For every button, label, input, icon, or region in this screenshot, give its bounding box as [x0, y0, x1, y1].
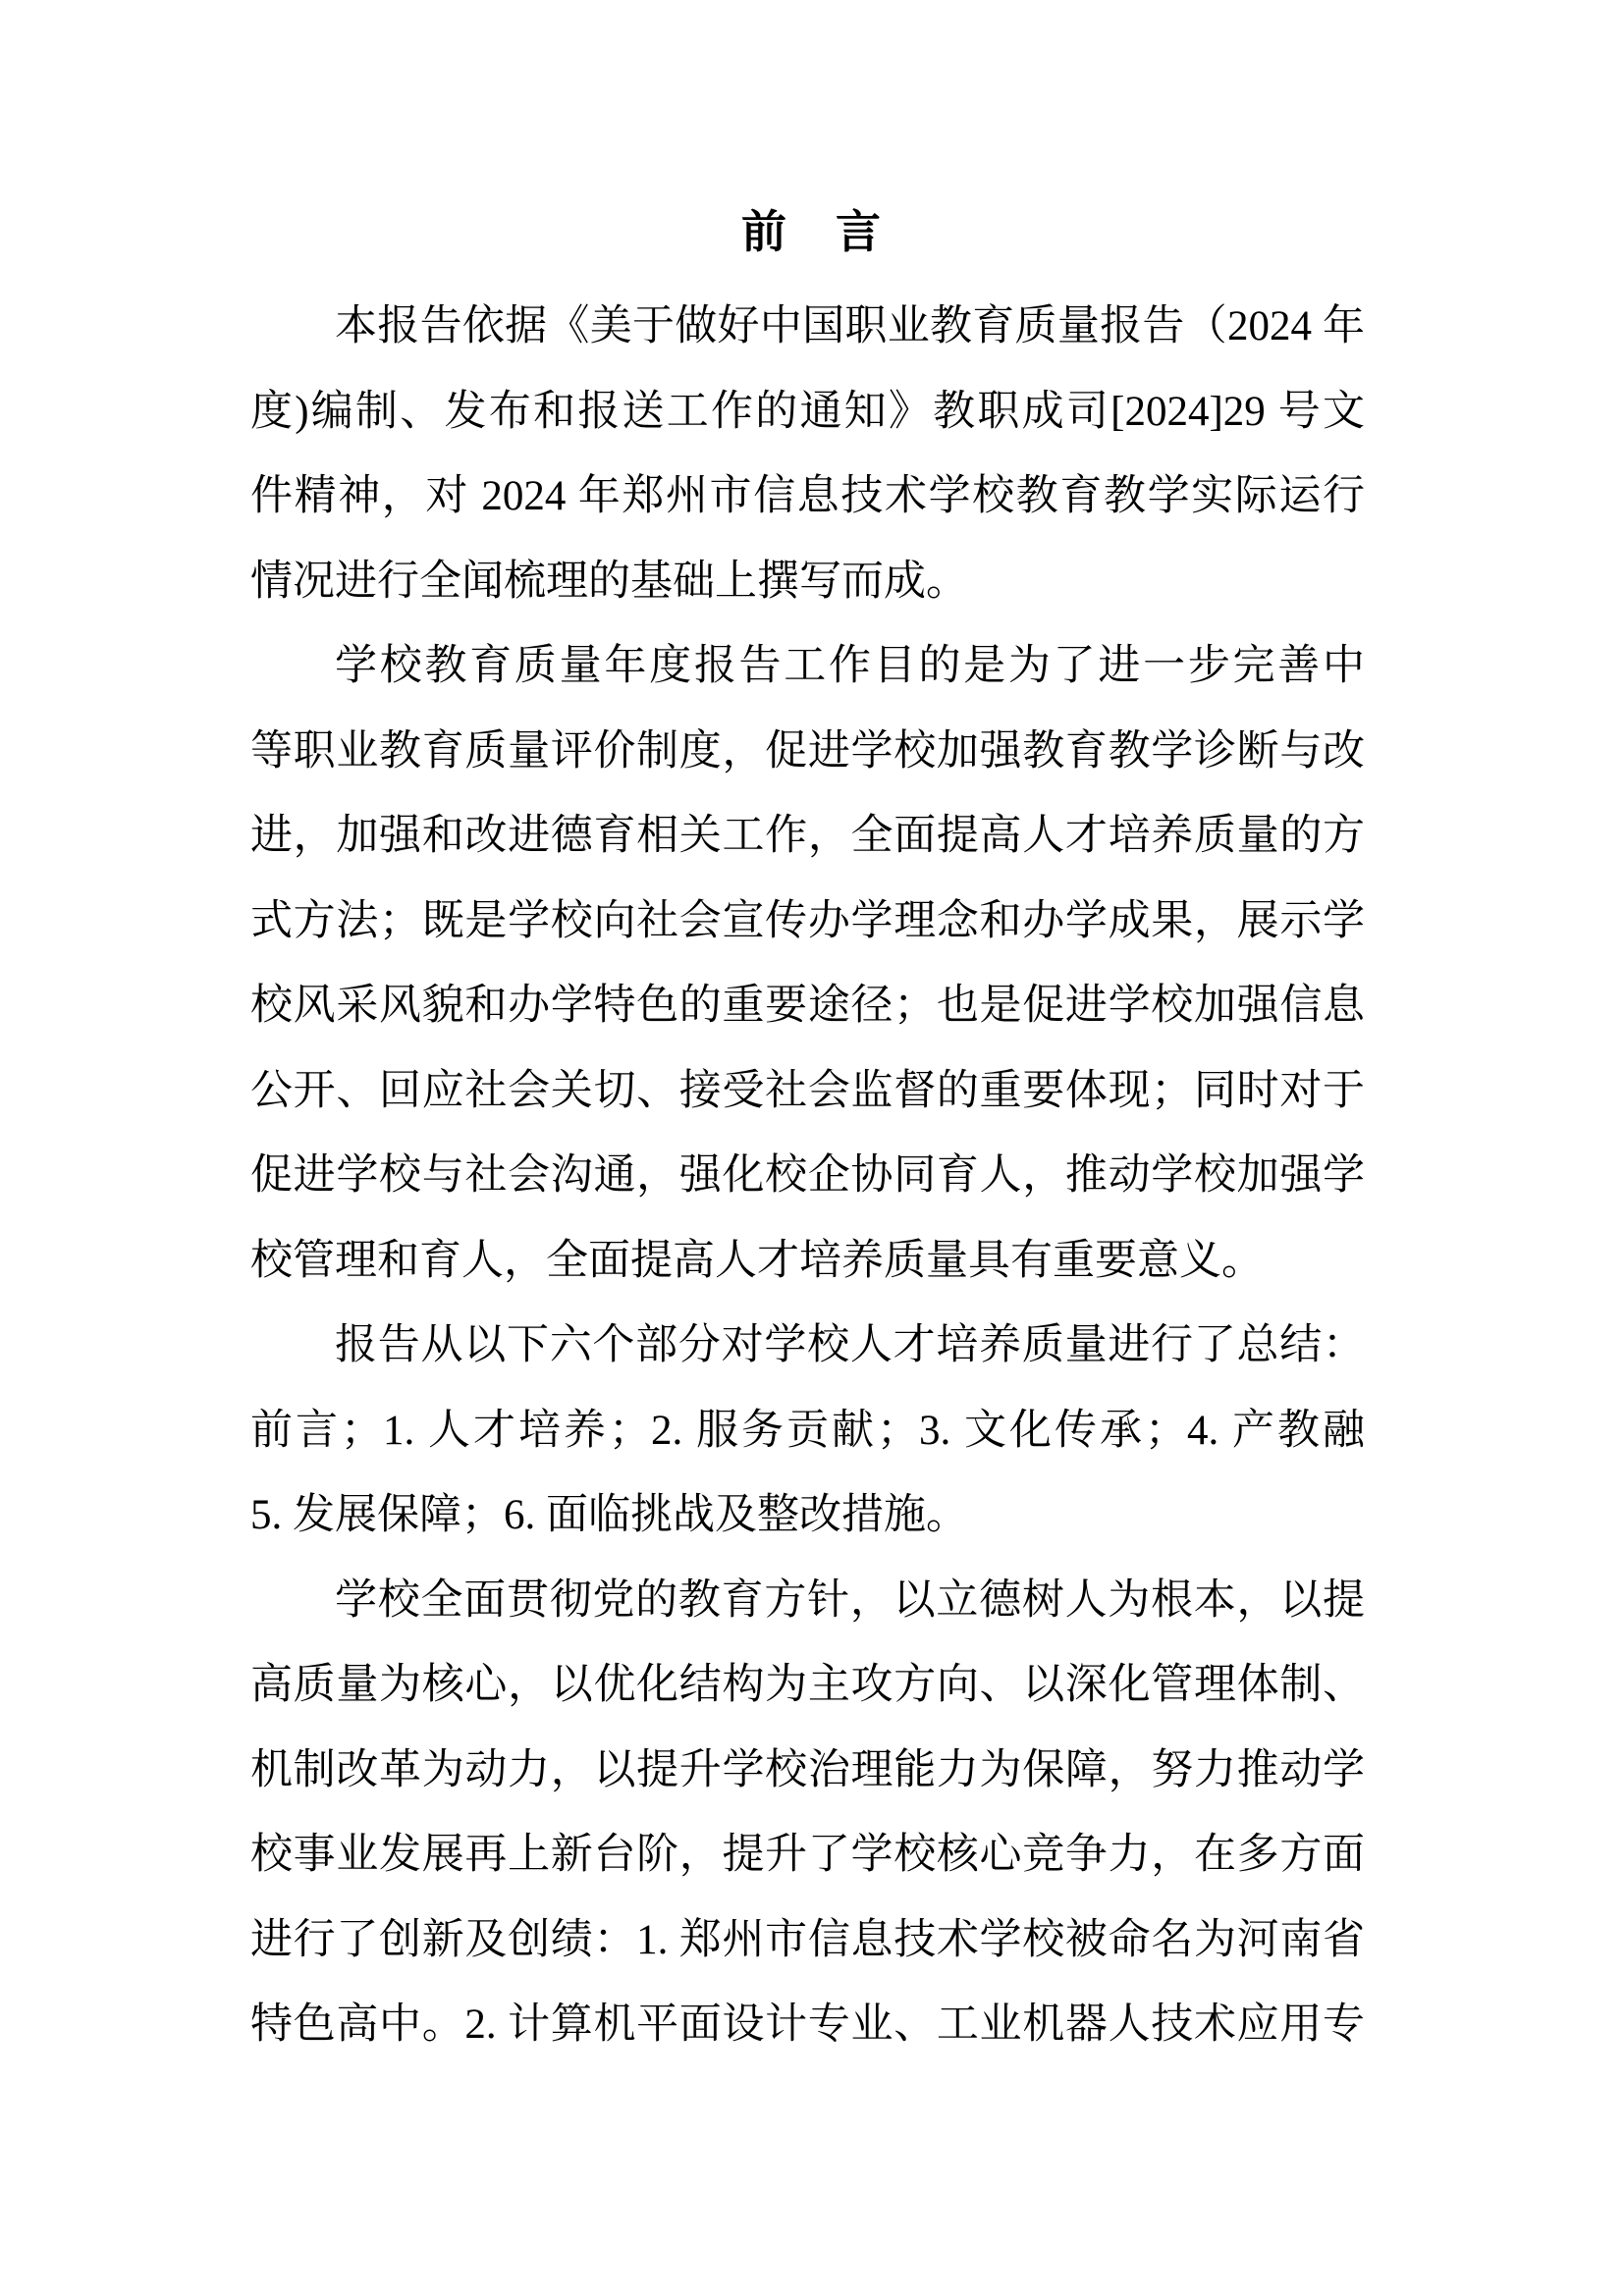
text-line: 进，加强和改进德育相关工作，全面提高人才培养质量的方: [250, 794, 1365, 880]
document-body: 本报告依据《美于做好中国职业教育质量报告（2024 年度)编制、发布和报送工作的…: [250, 285, 1365, 2068]
text-line: 报告从以下六个部分对学校人才培养质量进行了总结：: [250, 1304, 1365, 1389]
text-line: 本报告依据《美于做好中国职业教育质量报告（2024 年: [250, 285, 1365, 370]
document-page: 前 言 本报告依据《美于做好中国职业教育质量报告（2024 年度)编制、发布和报…: [0, 0, 1624, 2296]
page-title: 前 言: [0, 201, 1624, 262]
text-line: 学校教育质量年度报告工作目的是为了进一步完善中: [250, 624, 1365, 710]
text-line: 校管理和育人，全面提高人才培养质量具有重要意义。: [250, 1219, 1365, 1305]
text-line: 情况进行全闻梳理的基础上撰写而成。: [250, 540, 1365, 625]
text-line: 度)编制、发布和报送工作的通知》教职成司[2024]29 号文: [250, 370, 1365, 455]
text-line: 学校全面贯彻党的教育方针，以立德树人为根本，以提: [250, 1559, 1365, 1644]
text-line: 高质量为核心，以优化结构为主攻方向、以深化管理体制、: [250, 1643, 1365, 1729]
text-line: 5. 发展保障；6. 面临挑战及整改措施。: [250, 1473, 1365, 1559]
text-line: 特色高中。2. 计算机平面设计专业、工业机器人技术应用专: [250, 1983, 1365, 2068]
text-line: 机制改革为动力，以提升学校治理能力为保障，努力推动学: [250, 1729, 1365, 1814]
text-line: 件精神，对 2024 年郑州市信息技术学校教育教学实际运行: [250, 454, 1365, 540]
text-line: 进行了创新及创绩：1. 郑州市信息技术学校被命名为河南省: [250, 1898, 1365, 1984]
text-line: 前言；1. 人才培养；2. 服务贡献；3. 文化传承；4. 产教融合；: [250, 1389, 1365, 1474]
text-line: 校事业发展再上新台阶，提升了学校核心竞争力，在多方面: [250, 1813, 1365, 1898]
text-line: 公开、回应社会关切、接受社会监督的重要体现；同时对于: [250, 1049, 1365, 1135]
text-line: 校风采风貌和办学特色的重要途径；也是促进学校加强信息: [250, 964, 1365, 1049]
text-line: 式方法；既是学校向社会宣传办学理念和办学成果，展示学: [250, 880, 1365, 965]
text-line: 等职业教育质量评价制度，促进学校加强教育教学诊断与改: [250, 710, 1365, 795]
text-line: 促进学校与社会沟通，强化校企协同育人，推动学校加强学: [250, 1134, 1365, 1219]
